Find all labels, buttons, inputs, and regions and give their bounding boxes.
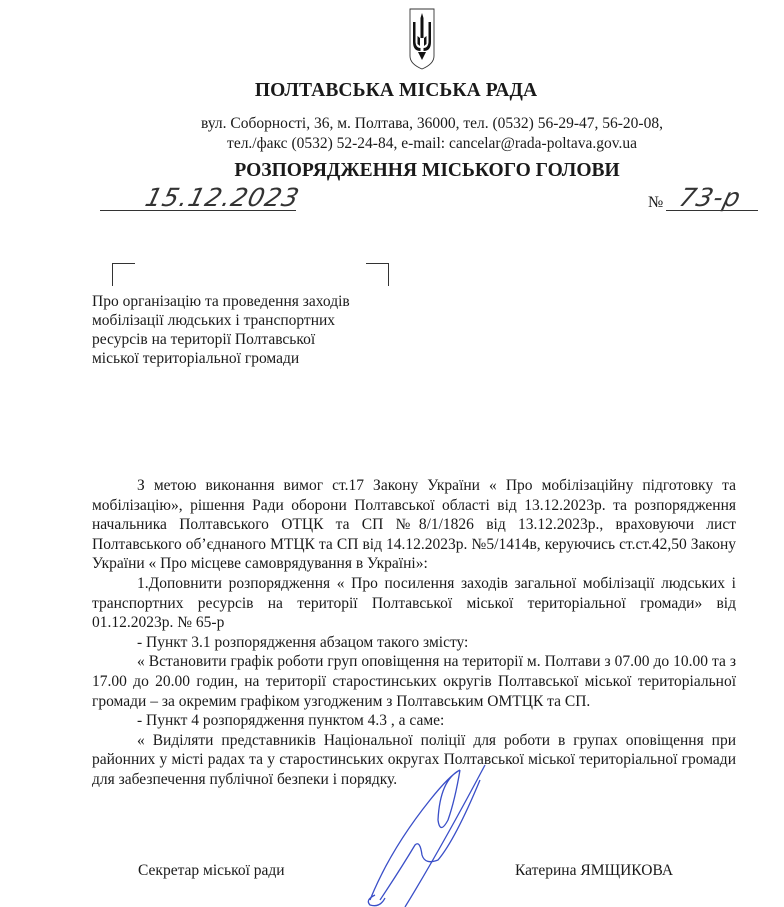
subject-line: мобілізації людських і транспортних [92,311,402,330]
document-date: 15.12.2023 [142,183,302,212]
signatory-position: Секретар міської ради [138,862,285,880]
document-body: З метою виконання вимог ст.17 Закону Укр… [92,476,736,790]
address-line-1: вул. Соборності, 36, м. Полтава, 36000, … [0,114,784,134]
subject-bracket-right [366,263,389,286]
subject-line: Про організацію та проведення заходів [92,292,402,311]
organization-title: ПОЛТАВСЬКА МІСЬКА РАДА [0,80,784,102]
signatory-name: Катерина ЯМЩИКОВА [515,862,673,880]
document-type-title: РОЗПОРЯДЖЕННЯ МІСЬКОГО ГОЛОВИ [0,160,784,182]
address-line-2: тел./факс (0532) 52-24-84, e-mail: cance… [0,134,784,154]
body-paragraph-schedule: « Встановити графік роботи груп оповіщен… [92,652,736,711]
body-paragraph-item-1: 1.Доповнити розпорядження « Про посиленн… [92,574,736,633]
subject-line: міської територіальної громади [92,349,402,368]
trident-coat-of-arms-icon [409,8,435,70]
handwritten-signature [360,760,510,907]
document-number: 73-р [676,183,744,212]
body-paragraph-point-3-1: - Пункт 3.1 розпорядження абзацом такого… [92,633,736,653]
subject-line: ресурсів на території Полтавської [92,330,402,349]
body-paragraph-point-4: - Пункт 4 розпорядження пунктом 4.3 , а … [92,711,736,731]
document-subject: Про організацію та проведення заходів мо… [92,292,402,368]
number-label: № [648,194,663,212]
subject-bracket-left [112,263,135,286]
body-paragraph-preamble: З метою виконання вимог ст.17 Закону Укр… [92,476,736,574]
